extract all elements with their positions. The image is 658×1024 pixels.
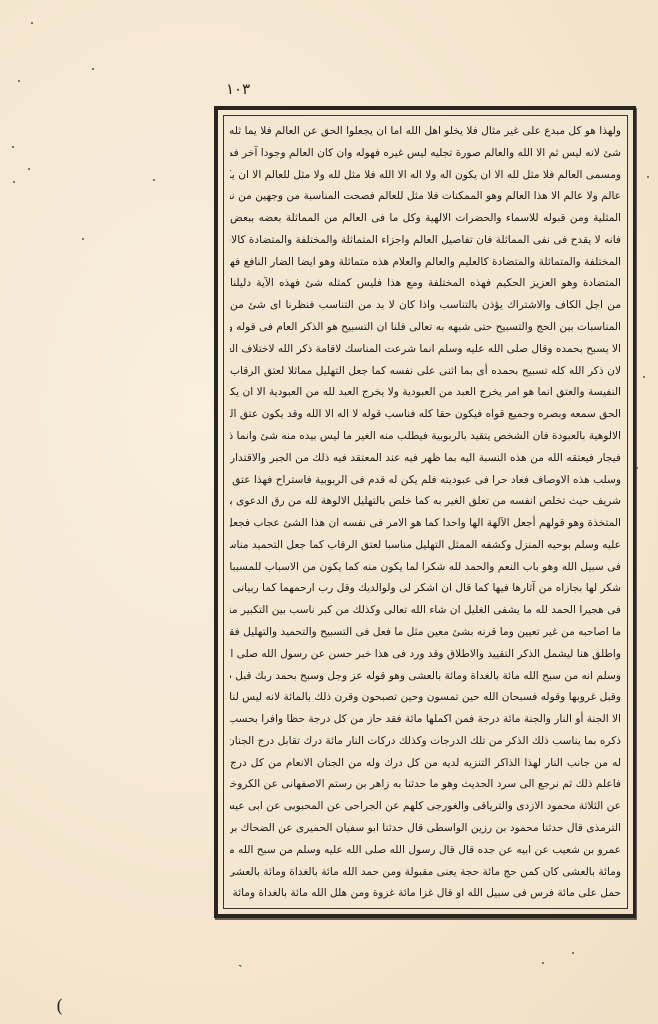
text-line: المتخذة وهو قولهم أجعل الآلهة الها واحدا… [230, 512, 621, 534]
text-line: فى سبيل الله وهو باب النعم والحمد لله شك… [230, 556, 621, 578]
margin-mark: ˏ [238, 952, 243, 969]
arabic-text-block: ولهذا هو كل مبدع على غير مثال فلا يخلو ا… [230, 120, 621, 904]
text-line: الا يسبح بحمده وقال صلى الله عليه وسلم ا… [230, 338, 621, 360]
text-line: الا الجنة أو النار والجنة مائة درجة فمن … [230, 708, 621, 730]
text-line: المثلية ومن قبوله للاسماء والحضرات الاله… [230, 207, 621, 229]
text-line: ذكره بما يناسب ذلك الذكر من تلك الدرجات … [230, 730, 621, 752]
text-line: شريف حيث تخلص انفسه من تعلق الغير به كما… [230, 490, 621, 512]
text-line: النفيسة والعتق انما هو امر يخرج العبد من… [230, 381, 621, 403]
text-line: عمرو بن شعيب عن ابيه عن جده قال قال رسول… [230, 839, 621, 861]
text-frame-inner-border: ولهذا هو كل مبدع على غير مثال فلا يخلو ا… [223, 115, 628, 909]
paper-speck [12, 146, 14, 148]
text-line: فيجار فيعتقه الله من هذه النسبة اليه بما… [230, 447, 621, 469]
text-line: الترمذى قال حدثنا محمود بن رزين الواسطى … [230, 817, 621, 839]
paper-speck [28, 168, 30, 170]
paper-speck [542, 962, 544, 964]
paper-speck [92, 68, 94, 70]
text-line: عن الثلاثة محمود الازدى والترياقى والغور… [230, 795, 621, 817]
text-line: من اجل الكاف والاشتراك يؤذن بالتناسب واذ… [230, 294, 621, 316]
paper-speck [647, 176, 649, 178]
text-line: وسلم انه من سبح الله مائة بالغداة ومائة … [230, 665, 621, 687]
text-line: المتضادة وهو العزيز الحكيم فهذه المختلفة… [230, 272, 621, 294]
paper-speck [82, 238, 84, 240]
paper-speck [572, 952, 574, 954]
text-line: حمل على مائة فرس فى سبيل الله او قال غزا… [230, 882, 621, 904]
text-line: ومائة بالعشى كان كمن حج مائة حجة يعنى مق… [230, 861, 621, 883]
paper-speck [31, 22, 33, 24]
text-line: واطلق هنا ليشمل الذكر التقييد والاطلاق و… [230, 643, 621, 665]
page-number: ١٠٣ [226, 80, 250, 98]
text-line: وقبل غروبها وقوله فسبحان الله حين تمسون … [230, 686, 621, 708]
paper-speck [636, 467, 638, 469]
paper-speck [153, 179, 155, 181]
text-line: شكر لها بجازاه من آثارها فيها كما قال ان… [230, 577, 621, 599]
margin-mark: ( [56, 996, 63, 1017]
paper-speck [643, 376, 645, 378]
text-line: المختلفة والمتماثلة والمتضادة كالعليم وا… [230, 251, 621, 273]
text-line: ما اصاحبه من غير تعيين وما قرنه بشئ معين… [230, 621, 621, 643]
text-line: الحق سمعه وبصره وجميع قواه فيكون حقا كله… [230, 403, 621, 425]
text-line: فانه لا يقدح فى نفى المماثلة فان تفاصيل … [230, 229, 621, 251]
text-frame-border: ولهذا هو كل مبدع على غير مثال فلا يخلو ا… [214, 106, 636, 918]
text-line: عالم ولا عالم الا هذا العالم وهو الممكنا… [230, 185, 621, 207]
text-line: ومسمى العالم فلا مثل لله الا ان يكون اله… [230, 164, 621, 186]
text-line: فى هجيرا الحمد لله ما يشفى الغليل ان شاء… [230, 599, 621, 621]
text-line: لان ذكر الله كله تسبيح بحمده أى بما اثنى… [230, 360, 621, 382]
text-line: عليه وسلم بوحيه المنزل وكشفه الممثل الته… [230, 534, 621, 556]
text-line: شئ لانه ليس ثم الا الله والعالم صورة تجل… [230, 142, 621, 164]
text-line: وسلب هذه الاوصاف فعاد حرا فى عبوديته فلم… [230, 469, 621, 491]
paper-speck [18, 80, 20, 82]
text-line: فاعلم ذلك ثم نرجع الى سرد الحديث وهو ما … [230, 773, 621, 795]
text-line: المناسبات بين الحج والتسبيح حتى شبهه به … [230, 316, 621, 338]
text-line: له من جانب النار لهذا الذاكر التنزيه لدي… [230, 752, 621, 774]
text-line: الالوهية بالعبودة فان الشخص يتقيد بالربو… [230, 425, 621, 447]
paper-speck [13, 181, 15, 183]
text-line: ولهذا هو كل مبدع على غير مثال فلا يخلو ا… [230, 120, 621, 142]
